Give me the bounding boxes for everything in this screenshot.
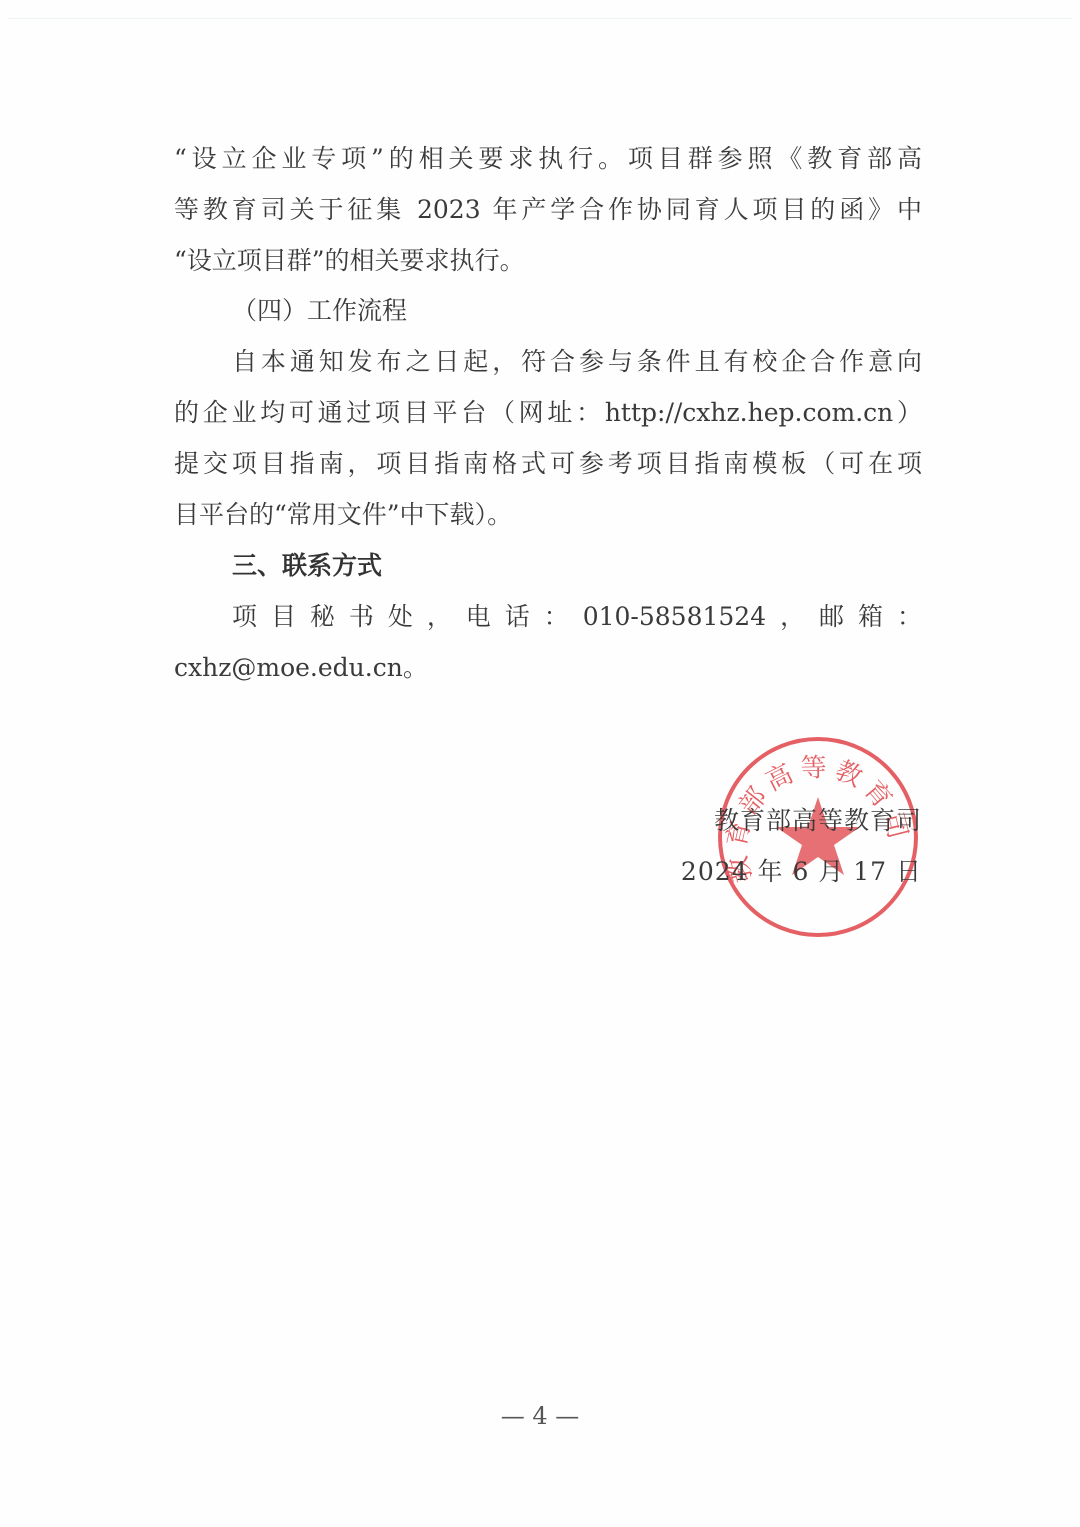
signature-organization: 教育部高等教育司: [714, 795, 922, 846]
contact-email-line: cxhz@moe.edu.cn。: [174, 642, 922, 693]
page-number: — 4 —: [0, 1398, 1080, 1434]
paragraph-line: “设立项目群”的相关要求执行。: [174, 235, 922, 286]
contact-phone-line: 项目秘书处，电话：010-58581524，邮箱：: [232, 591, 922, 642]
paragraph-line-with-url: 的企业均可通过项目平台（网址：http://cxhz.hep.com.cn）: [174, 387, 922, 438]
paragraph-line: 自本通知发布之日起，符合参与条件且有校企合作意向: [232, 336, 922, 387]
signature-date: 2024 年 6 月 17 日: [681, 846, 922, 897]
section-heading-workflow: （四）工作流程: [232, 285, 922, 336]
paragraph-line: “设立企业专项”的相关要求执行。项目群参照《教育部高: [174, 133, 922, 184]
paragraph-line: 目平台的“常用文件”中下载）。: [174, 489, 922, 540]
section-heading-contact: 三、联系方式: [232, 540, 922, 591]
paragraph-line: 提交项目指南，项目指南格式可参考项目指南模板（可在项: [174, 438, 922, 489]
scan-top-edge: [8, 18, 1072, 19]
paragraph-line: 等教育司关于征集 2023 年产学合作协同育人项目的函》中: [174, 184, 922, 235]
